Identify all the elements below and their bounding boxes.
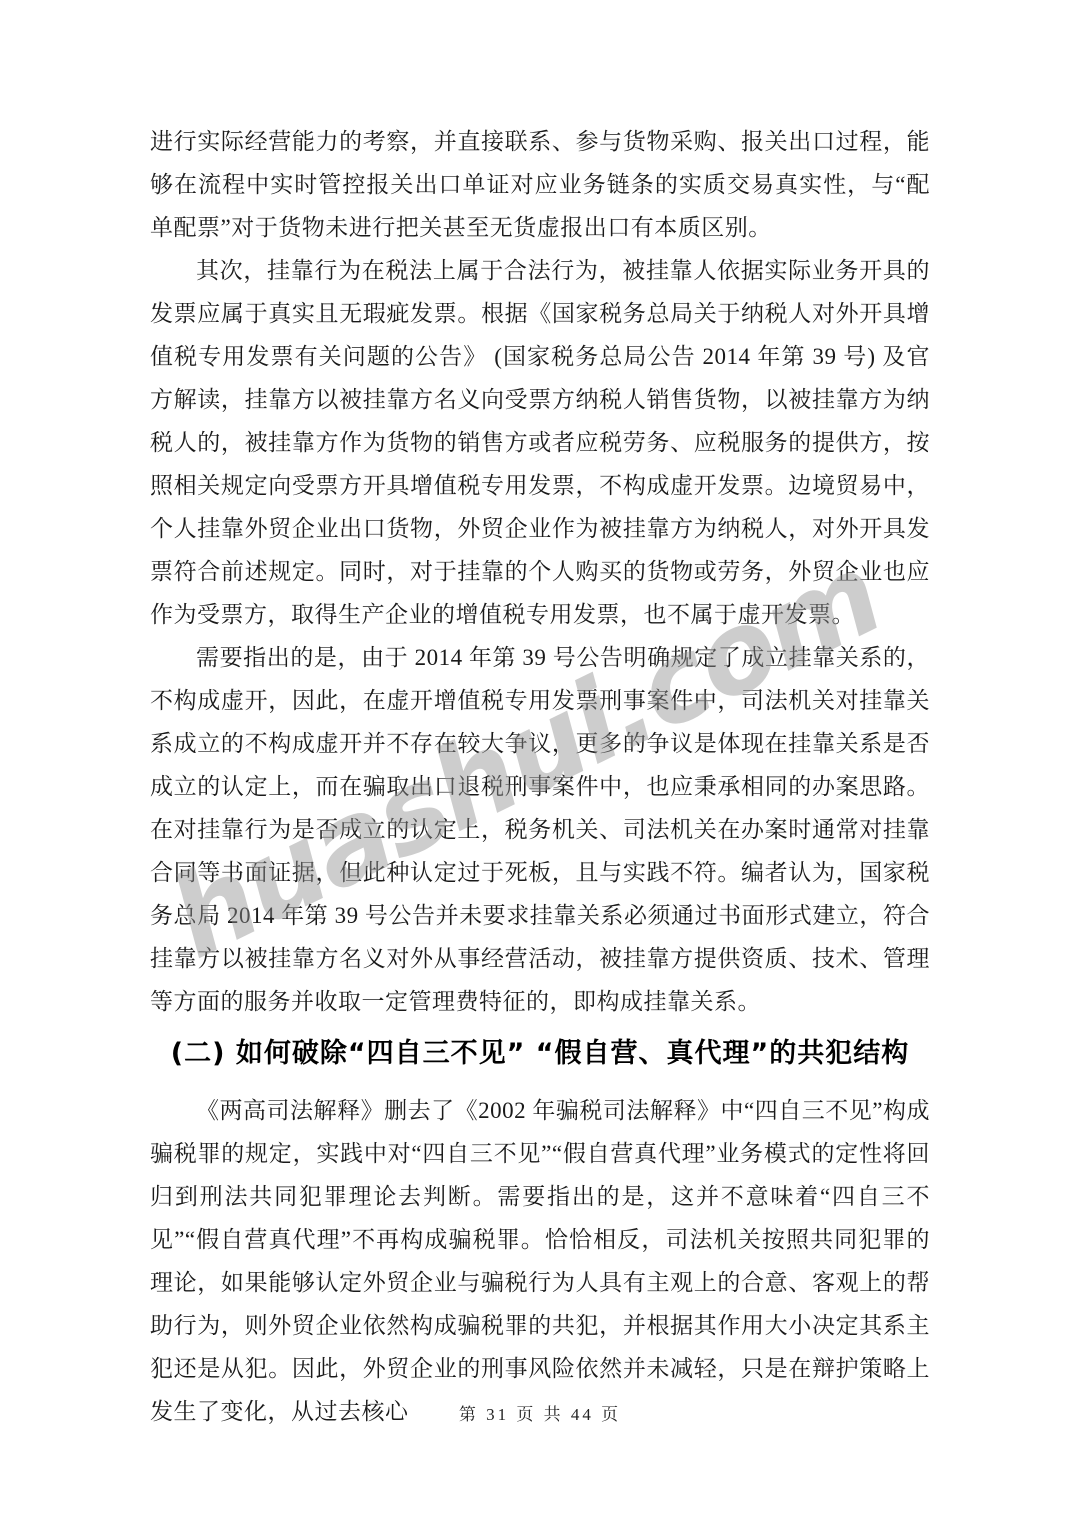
page-number-footer: 第 31 页 共 44 页 xyxy=(0,1400,1080,1425)
section-heading: (二) 如何破除“四自三不见” “假自营、真代理”的共犯结构 xyxy=(150,1033,930,1075)
paragraph: 《两高司法解释》删去了《2002 年骗税司法解释》中“四自三不见”构成骗税罪的规… xyxy=(150,1089,930,1433)
paragraph: 其次，挂靠行为在税法上属于合法行为，被挂靠人依据实际业务开具的发票应属于真实且无… xyxy=(150,249,930,636)
paragraph: 需要指出的是，由于 2014 年第 39 号公告明确规定了成立挂靠关系的，不构成… xyxy=(150,636,930,1023)
document-page: huashui.com 进行实际经营能力的考察，并直接联系、参与货物采购、报关出… xyxy=(0,0,1080,1529)
page-body: 进行实际经营能力的考察，并直接联系、参与货物采购、报关出口过程，能够在流程中实时… xyxy=(150,120,930,1433)
paragraph-continuation: 进行实际经营能力的考察，并直接联系、参与货物采购、报关出口过程，能够在流程中实时… xyxy=(150,120,930,249)
